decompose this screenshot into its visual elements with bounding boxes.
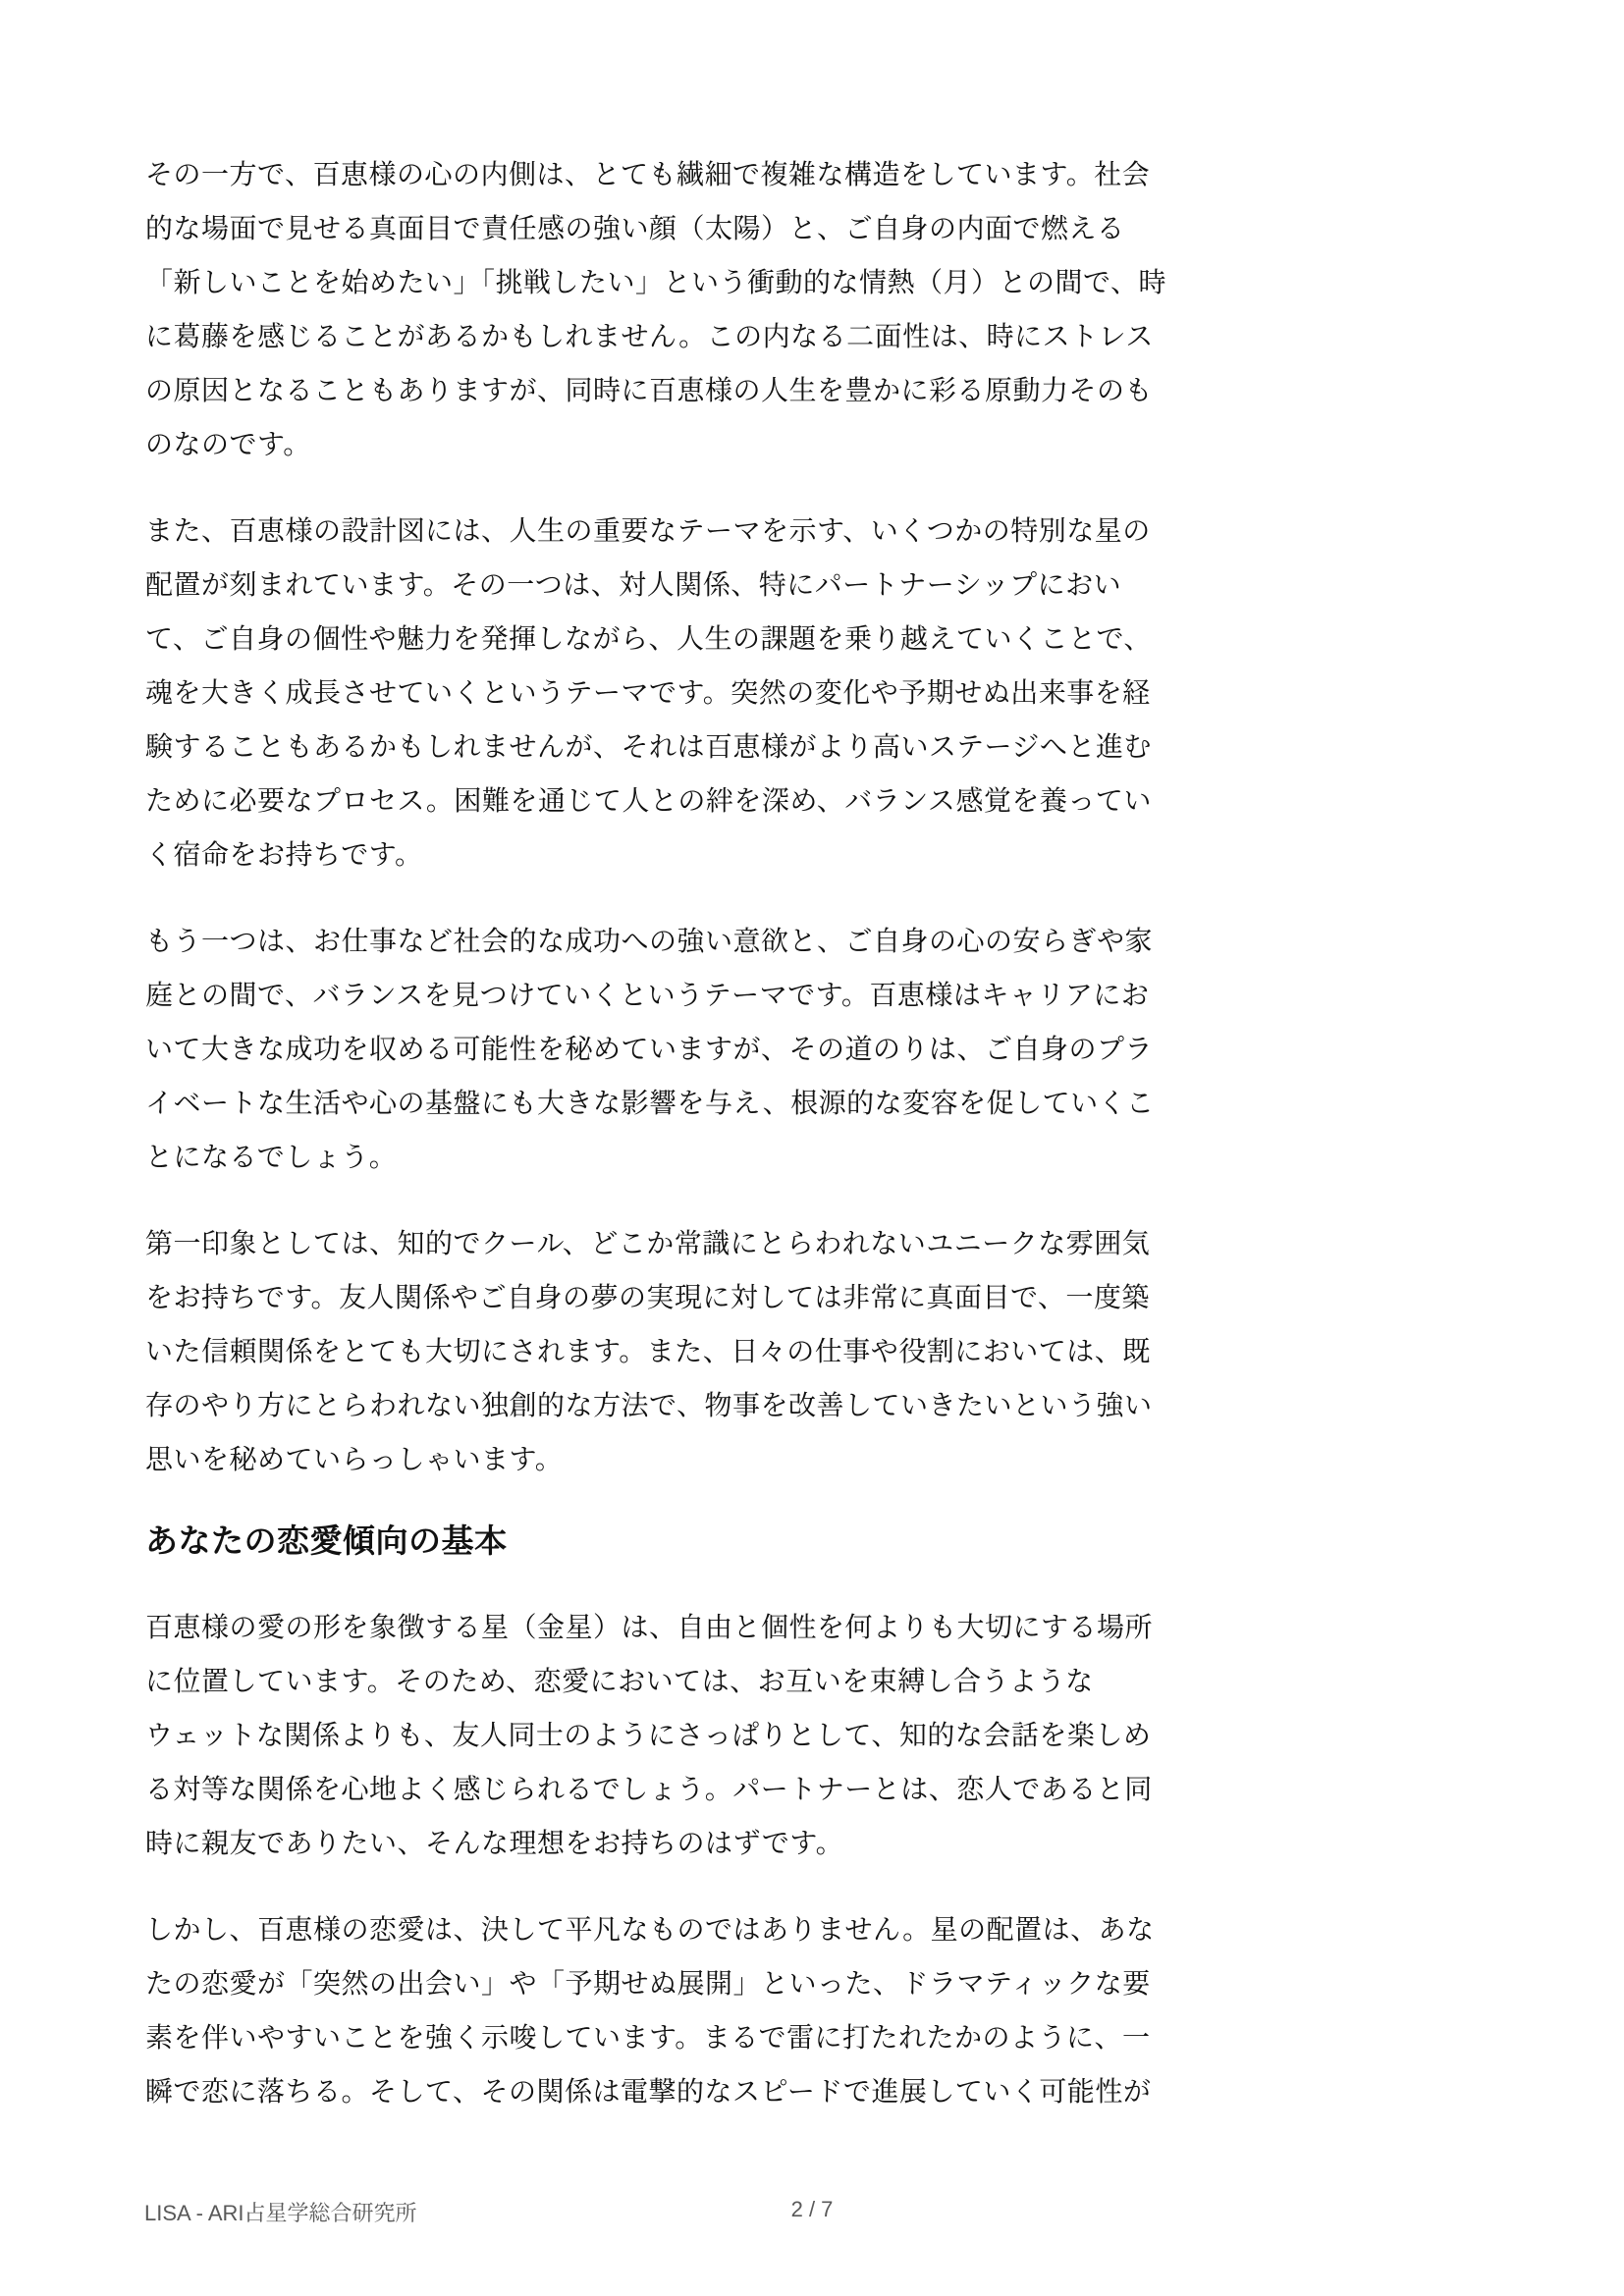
body-paragraph-first-impression: 第一印象としては、知的でクール、どこか常識にとらわれないユニークな雰囲気をお持ち… — [145, 1216, 1166, 1486]
body-paragraph-life-theme-career-balance: もう一つは、お仕事など社会的な成功への強い意欲と、ご自身の心の安らぎや家庭との間… — [145, 914, 1166, 1184]
document-body: その一方で、百恵様の心の内側は、とても繊細で複雑な構造をしています。社会的な場面… — [145, 147, 1166, 2151]
section-heading-love-tendency: あなたの恋愛傾向の基本 — [145, 1519, 1166, 1563]
body-paragraph-venus-love-style: 百恵様の愛の形を象徴する星（金星）は、自由と個性を何よりも大切にする場所に位置し… — [145, 1600, 1166, 1870]
document-page: その一方で、百恵様の心の内側は、とても繊細で複雑な構造をしています。社会的な場面… — [0, 0, 1624, 2296]
body-paragraph-dramatic-love: しかし、百恵様の恋愛は、決して平凡なものではありません。星の配置は、あなたの恋愛… — [145, 1902, 1166, 2118]
footer-page-number: 2 / 7 — [791, 2197, 834, 2222]
page-footer: LISA - ARI占星学総合研究所 2 / 7 — [0, 2197, 1624, 2236]
footer-brand-label: LISA - ARI占星学総合研究所 — [144, 2197, 417, 2227]
body-paragraph-inner-duality: その一方で、百恵様の心の内側は、とても繊細で複雑な構造をしています。社会的な場面… — [145, 147, 1166, 471]
body-paragraph-life-theme-partnership: また、百恵様の設計図には、人生の重要なテーマを示す、いくつかの特別な星の配置が刻… — [145, 504, 1166, 881]
